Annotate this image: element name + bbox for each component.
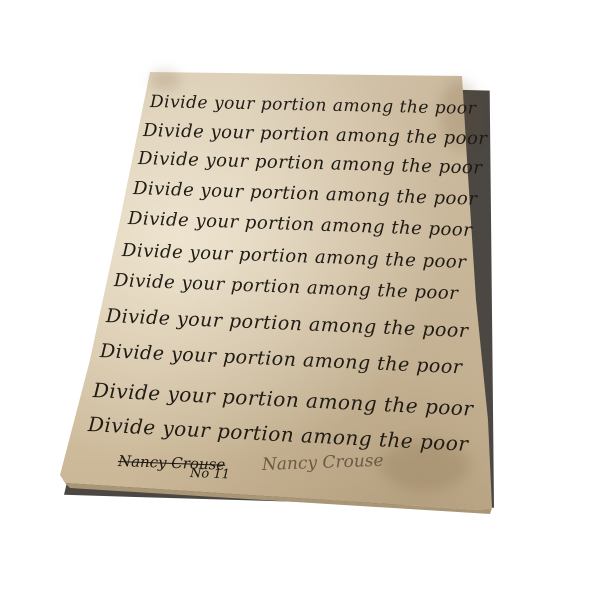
handwritten-line: Divide your portion among the poor: [106, 305, 469, 342]
handwritten-line: Divide your portion among the poor: [128, 208, 473, 241]
faded-signature: Nancy Crouse: [262, 451, 384, 475]
handwritten-line: Divide your portion among the poor: [150, 92, 477, 119]
handwritten-line: Divide your portion among the poor: [100, 340, 463, 378]
handwritten-line: Divide your portion among the poor: [87, 412, 469, 456]
handwritten-line: Divide your portion among the poor: [138, 148, 483, 179]
handwriting-lines: Divide your portion among the poorDivide…: [0, 0, 600, 600]
handwritten-line: Divide your portion among the poor: [133, 178, 478, 210]
photo-stage: Divide your portion among the poorDivide…: [0, 0, 600, 600]
handwritten-line: Divide your portion among the poor: [92, 378, 474, 421]
handwritten-line: Divide your portion among the poor: [114, 270, 459, 304]
copybook-number: No 11: [190, 466, 230, 482]
handwritten-line: Divide your portion among the poor: [122, 240, 467, 273]
handwritten-line: Divide your portion among the poor: [143, 120, 488, 149]
